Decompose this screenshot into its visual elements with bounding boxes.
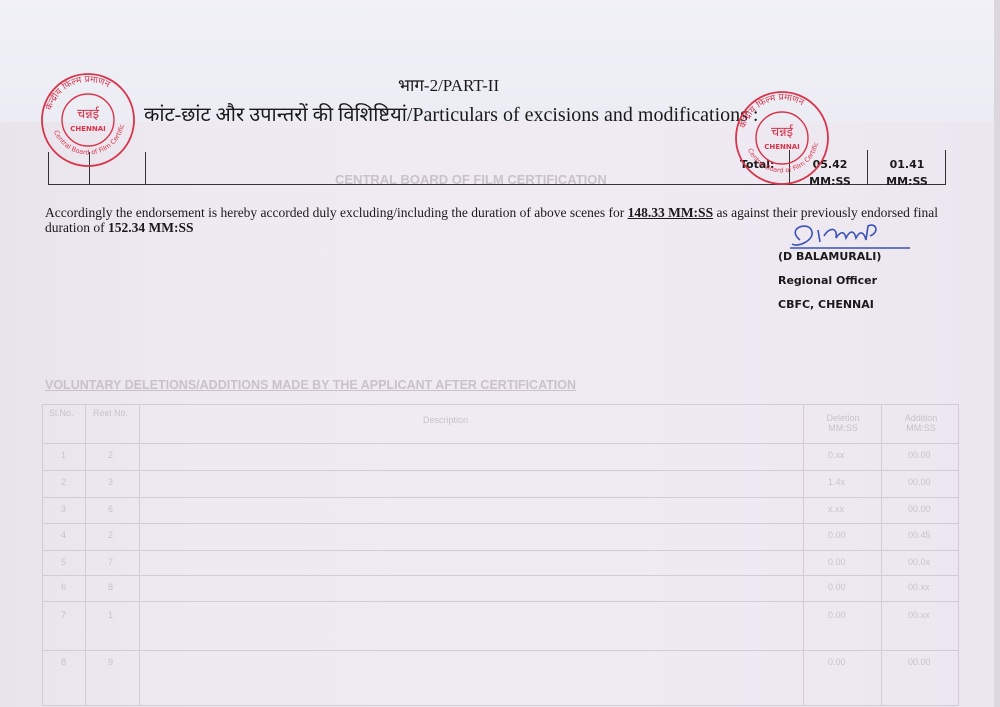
ghost-deletion: 1.4x	[828, 477, 845, 487]
signatory-office: CBFC, CHENNAI	[778, 298, 881, 322]
ghost-deletion: x.xx	[828, 504, 844, 514]
page-edge	[994, 0, 1000, 707]
ghost-section-heading: VOLUNTARY DELETIONS/ADDITIONS MADE BY TH…	[45, 378, 576, 392]
ghost-addition: 00.00	[908, 504, 931, 514]
ghost-addition: 00.xx	[908, 610, 930, 620]
ghost-sl: 2	[61, 477, 66, 487]
section-title: कांट-छांट और उपान्तरों की विशिष्टियां/Pa…	[144, 100, 758, 127]
ghost-header-del: Deletion MM:SS	[811, 413, 875, 433]
signatory-name: (D BALAMURALI)	[778, 250, 881, 274]
ghost-deletion: 0.xx	[828, 450, 845, 460]
ghost-addition: 00.00	[908, 477, 931, 487]
ghost-reel: 9	[108, 657, 113, 667]
ghost-header-sl: Sl.No.	[49, 408, 74, 418]
ghost-addition: 00.00	[908, 450, 931, 460]
ghost-deletion: 0.00	[828, 657, 846, 667]
svg-text:CHENNAI: CHENNAI	[764, 143, 800, 151]
ghost-addition: 00.0x	[908, 557, 930, 567]
ghost-reel: 1	[108, 610, 113, 620]
svg-text:चन्नई: चन्नई	[771, 124, 794, 140]
ghost-sl: 7	[61, 610, 66, 620]
ghost-reel: 8	[108, 582, 113, 592]
new-duration: 148.33 MM:SS	[628, 205, 714, 220]
ghost-header-add: Addition MM:SS	[889, 413, 953, 433]
svg-text:चन्नई: चन्नई	[77, 106, 100, 122]
ghost-reel: 2	[108, 530, 113, 540]
svg-text:CHENNAI: CHENNAI	[70, 125, 106, 133]
ghost-deletion: 0.00	[828, 582, 846, 592]
ghost-sl: 8	[61, 657, 66, 667]
ghost-addition: 00.xx	[908, 582, 930, 592]
ghost-sl: 5	[61, 557, 66, 567]
ghost-header-reel: Reel No.	[93, 408, 128, 418]
addition-total: 01.41 MM:SS	[872, 156, 942, 190]
ghost-sl: 3	[61, 504, 66, 514]
signatory-block: (D BALAMURALI) Regional Officer CBFC, CH…	[778, 250, 881, 322]
signatory-designation: Regional Officer	[778, 274, 881, 298]
cbfc-stamp-icon: चन्नई CHENNAI केन्द्रीय फिल्म प्रमाणन Ce…	[732, 88, 832, 188]
ghost-sl: 6	[61, 582, 66, 592]
ghost-reel: 6	[108, 504, 113, 514]
ghost-deletion: 0.00	[828, 557, 846, 567]
ghost-table: Sl.No. Reel No. Description Deletion MM:…	[42, 404, 959, 706]
ghost-deletion: 0.00	[828, 610, 846, 620]
previous-duration: 152.34 MM:SS	[108, 220, 194, 235]
ghost-sl: 4	[61, 530, 66, 540]
ghost-header-desc: Description	[423, 415, 468, 425]
ghost-reel: 3	[108, 477, 113, 487]
ghost-addition: 00.00	[908, 657, 931, 667]
ghost-deletion: 0.00	[828, 530, 846, 540]
scanned-page: CENTRAL BOARD OF FILM CERTIFICATION VOLU…	[0, 0, 1000, 707]
ghost-reel: 2	[108, 450, 113, 460]
ghost-reel: 7	[108, 557, 113, 567]
part-heading: भाग-2/PART-II	[398, 73, 499, 96]
ghost-addition: 00.45	[908, 530, 931, 540]
ghost-sl: 1	[61, 450, 66, 460]
cbfc-stamp-icon: चन्नई CHENNAI केन्द्रीय फिल्म प्रमाणन Ce…	[38, 70, 138, 170]
